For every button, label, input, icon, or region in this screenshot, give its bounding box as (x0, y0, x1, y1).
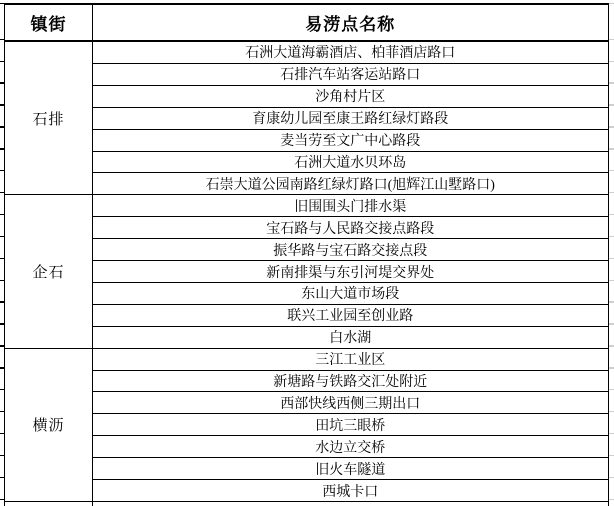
point-cell: 旧火车隧道 (93, 458, 608, 480)
town-section: 横沥三江工业区新塘路与铁路交汇处附近西部快线西侧三期出口田坑三眼桥水边立交桥旧火… (5, 349, 608, 502)
grid-tick-left (0, 214, 4, 215)
point-cell: 三江工业区 (93, 349, 608, 371)
point-rows: 三江工业区新塘路与铁路交汇处附近西部快线西侧三期出口田坑三眼桥水边立交桥旧火车隧… (93, 349, 608, 501)
grid-tick-right (609, 345, 614, 346)
grid-tick-right (609, 170, 614, 171)
town-cell: 石排 (5, 42, 93, 194)
table-body: 石排石洲大道海霸酒店、柏菲酒店路口石排汽车站客运站路口沙角村片区育康幼儿园至康王… (5, 42, 608, 502)
grid-tick-left (0, 126, 4, 127)
grid-tick-right (609, 301, 614, 302)
grid-tick-right (609, 61, 614, 62)
point-cell: 麦当劳至文广中心路段 (93, 130, 608, 152)
grid-tick-right (609, 236, 614, 237)
flood-points-table: 镇街 易涝点名称 石排石洲大道海霸酒店、柏菲酒店路口石排汽车站客运站路口沙角村片… (4, 3, 609, 506)
grid-tick-right (609, 214, 614, 215)
grid-tick-left (0, 280, 4, 281)
point-cell: 石洲大道水贝环岛 (93, 152, 608, 174)
town-cell: 横沥 (5, 349, 93, 501)
point-cell: 沙角村片区 (93, 86, 608, 108)
grid-tick-right (609, 433, 614, 434)
header-town: 镇街 (5, 5, 93, 40)
grid-tick-left (0, 411, 4, 412)
point-cell: 育康幼儿园至康王路红绿灯路段 (93, 108, 608, 130)
grid-tick-right (609, 499, 614, 500)
flood-points-sheet: 镇街 易涝点名称 石排石洲大道海霸酒店、柏菲酒店路口石排汽车站客运站路口沙角村片… (0, 0, 614, 506)
point-cell: 东山大道市场段 (93, 283, 608, 305)
grid-tick-right (609, 455, 614, 456)
grid-tick-left (0, 170, 4, 171)
point-cell: 白水湖 (93, 327, 608, 348)
grid-tick-left (0, 3, 4, 4)
town-section: 石排石洲大道海霸酒店、柏菲酒店路口石排汽车站客运站路口沙角村片区育康幼儿园至康王… (5, 42, 608, 195)
grid-tick-right (609, 477, 614, 478)
grid-tick-right (609, 280, 614, 281)
grid-tick-left (0, 192, 4, 193)
partial-point-cell (93, 502, 608, 506)
partial-next-row (5, 502, 608, 506)
point-rows: 旧围围头门排水渠宝石路与人民路交接点路段振华路与宝石路交接点段新南排渠与东引河堤… (93, 195, 608, 347)
grid-tick-left (0, 367, 4, 368)
grid-tick-right (609, 192, 614, 193)
grid-tick-right (609, 126, 614, 127)
grid-tick-right (609, 39, 614, 40)
table-header-row: 镇街 易涝点名称 (5, 5, 608, 42)
town-cell: 企石 (5, 195, 93, 347)
point-cell: 宝石路与人民路交接点路段 (93, 217, 608, 239)
grid-tick-left (0, 477, 4, 478)
grid-tick-left (0, 258, 4, 259)
grid-tick-right (609, 411, 614, 412)
grid-tick-left (0, 433, 4, 434)
grid-tick-right (609, 148, 614, 149)
grid-tick-right (609, 258, 614, 259)
grid-tick-left (0, 455, 4, 456)
grid-tick-left (0, 82, 4, 83)
point-cell: 旧围围头门排水渠 (93, 195, 608, 217)
grid-tick-left (0, 345, 4, 346)
point-cell: 新塘路与铁路交汇处附近 (93, 371, 608, 393)
grid-tick-right (609, 389, 614, 390)
grid-tick-left (0, 499, 4, 500)
grid-tick-right (609, 104, 614, 105)
point-cell: 石洲大道海霸酒店、柏菲酒店路口 (93, 42, 608, 64)
header-points: 易涝点名称 (93, 5, 608, 40)
grid-tick-left (0, 61, 4, 62)
grid-tick-right (609, 323, 614, 324)
partial-town-cell (5, 502, 93, 506)
grid-tick-left (0, 323, 4, 324)
grid-tick-left (0, 236, 4, 237)
point-cell: 西城卡口 (93, 480, 608, 501)
grid-tick-left (0, 389, 4, 390)
grid-tick-right (609, 367, 614, 368)
point-cell: 水边立交桥 (93, 436, 608, 458)
point-cell: 联兴工业园至创业路 (93, 305, 608, 327)
town-section: 企石旧围围头门排水渠宝石路与人民路交接点路段振华路与宝石路交接点段新南排渠与东引… (5, 195, 608, 348)
point-cell: 振华路与宝石路交接点段 (93, 239, 608, 261)
grid-tick-right (609, 3, 614, 4)
point-cell: 石排汽车站客运站路口 (93, 64, 608, 86)
grid-tick-left (0, 39, 4, 40)
grid-tick-left (0, 104, 4, 105)
grid-tick-left (0, 148, 4, 149)
point-cell: 石崇大道公园南路红绿灯路口(旭辉江山墅路口) (93, 173, 608, 194)
point-cell: 西部快线西侧三期出口 (93, 392, 608, 414)
point-cell: 田坑三眼桥 (93, 414, 608, 436)
grid-tick-left (0, 301, 4, 302)
grid-tick-right (609, 82, 614, 83)
point-cell: 新南排渠与东引河堤交界处 (93, 261, 608, 283)
point-rows: 石洲大道海霸酒店、柏菲酒店路口石排汽车站客运站路口沙角村片区育康幼儿园至康王路红… (93, 42, 608, 194)
